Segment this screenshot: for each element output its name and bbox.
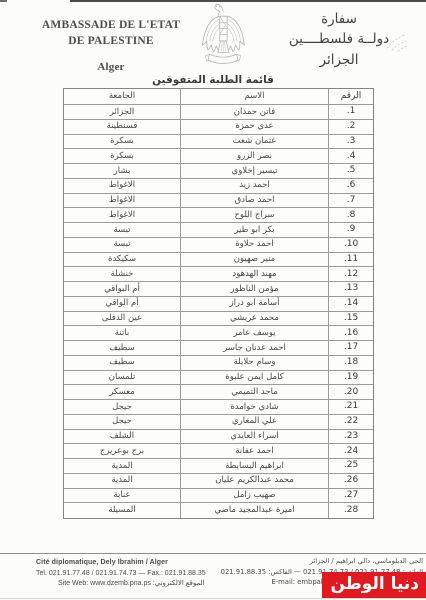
table-row: 6. احمد زيد الاغواط [64, 179, 373, 194]
row-number: 6. [328, 179, 373, 194]
row-university: المسيلة [64, 503, 180, 518]
row-number: 1. [328, 105, 373, 120]
students-table: الرقم الاسم الجامعة 1. فاتن حمدان الجزائ… [63, 88, 374, 519]
row-name: بكر ابو طير [180, 223, 328, 238]
row-number: 5. [328, 164, 373, 179]
row-number: 16. [328, 326, 373, 341]
row-number: 20. [328, 385, 373, 400]
table-row: 18. وسام حلايلة سطيف [64, 356, 373, 371]
row-number: 23. [328, 430, 373, 445]
table-row: 5. تيسير إخلاوي بشار [64, 164, 373, 179]
footer-address-ar: الحي الدبلوماسي، دالي ابراهيم / الجزائر [213, 556, 423, 567]
table-row: 25. ابراهيم البسايطة المدية [64, 459, 373, 474]
table-row: 20. ماجد التميمي معسكر [64, 385, 373, 400]
table-row: 14. أسامة ابو دراز أم الواقي [64, 297, 373, 312]
row-name: كامل ايمن علبوة [180, 371, 328, 386]
row-number: 10. [328, 238, 373, 253]
row-name: احمد عفانة [180, 444, 328, 459]
column-header-university: الجامعة [64, 89, 180, 105]
row-university: بشار [64, 164, 180, 179]
row-name: فاتن حمدان [180, 105, 328, 120]
table-row: 24. احمد عفانة برج بوعريرج [64, 444, 373, 459]
row-university: الشلف [64, 430, 180, 445]
row-name: وسام حلايلة [180, 356, 328, 371]
row-number: 4. [328, 149, 373, 164]
row-number: 22. [328, 415, 373, 430]
row-name: اسراء العايدي [180, 430, 328, 445]
row-university: خنشلة [64, 267, 180, 282]
table-row: 13. مؤمن الناظور أم البواقي [64, 282, 373, 297]
row-number: 28. [328, 503, 373, 518]
row-number: 13. [328, 282, 373, 297]
scan-top-edge [70, 0, 426, 2]
row-number: 15. [328, 312, 373, 327]
table-row: 26. محمد عبدالكريم عليان المدية [64, 474, 373, 489]
row-university: قسنطينة [64, 120, 180, 135]
table-row: 3. عثمان شعت بسكرة [64, 135, 373, 150]
table-row: 22. علي المغاري جيجل [64, 415, 373, 430]
embassy-name-french: AMBASSADE DE L'ETAT DE PALESTINE Alger [36, 17, 186, 76]
table-row: 21. شادي حوامدة جيجل [64, 400, 373, 415]
row-number: 12. [328, 267, 373, 282]
row-university: جيجل [64, 415, 180, 430]
table-row: 23. اسراء العايدي الشلف [64, 430, 373, 445]
table-row: 12. مهند الهدهود خنشلة [64, 267, 373, 282]
row-number: 24. [328, 444, 373, 459]
table-row: 27. صهيب زامل عنابة [64, 489, 373, 504]
row-name: سراج اللوح [180, 208, 328, 223]
row-university: الاغواط [64, 194, 180, 209]
row-name: مهند الهدهود [180, 267, 328, 282]
row-name: نصر الزرو [180, 149, 328, 164]
row-number: 3. [328, 135, 373, 150]
row-name: احمد عدنان جاسر [180, 341, 328, 356]
row-university: تبسة [64, 238, 180, 253]
scan-bottom-edge [0, 598, 426, 599]
row-university: الاغواط [64, 179, 180, 194]
table-row: 19. كامل ايمن علبوة تلمسان [64, 371, 373, 386]
embassy-fr-line1: AMBASSADE DE L'ETAT [36, 17, 186, 33]
table-row: 1. فاتن حمدان الجزائر [64, 105, 373, 120]
row-university: المدية [64, 474, 180, 489]
table-row: 11. منير صهيون سكيكدة [64, 253, 373, 268]
row-name: ابراهيم البسايطة [180, 459, 328, 474]
table-row: 7. احمد صادق الاغواط [64, 194, 373, 209]
row-university: الجزائر [64, 105, 180, 120]
row-university: معسكر [64, 385, 180, 400]
row-number: 27. [328, 489, 373, 504]
palestine-eagle-icon [198, 3, 248, 69]
column-header-name: الاسم [180, 89, 328, 105]
row-name: احمد حلاوة [180, 238, 328, 253]
row-university: سكيكدة [64, 253, 180, 268]
row-university: برج بوعريرج [64, 444, 180, 459]
embassy-fr-line2: DE PALESTINE [36, 33, 186, 49]
row-name: صهيب زامل [180, 489, 328, 504]
news-watermark: دنيا الوطن [322, 572, 426, 598]
row-university: باتنة [64, 326, 180, 341]
embassy-ar-line3: الجزائر [274, 50, 404, 70]
row-university: تبسة [64, 223, 180, 238]
page-title: قائمة الطلبة المتفوقين [0, 74, 426, 86]
row-university: المدية [64, 459, 180, 474]
table-row: 8. سراج اللوح الاغواط [64, 208, 373, 223]
table-row: 4. نصر الزرو بسكرة [64, 149, 373, 164]
row-number: 2. [328, 120, 373, 135]
row-university: تلمسان [64, 371, 180, 386]
row-name: ماجد التميمي [180, 385, 328, 400]
row-university: عين الدفلى [64, 312, 180, 327]
row-number: 21. [328, 400, 373, 415]
table-row: 10. احمد حلاوة تبسة [64, 238, 373, 253]
row-name: محمد عريشي [180, 312, 328, 327]
table-row: 2. عدي حمزة قسنطينة [64, 120, 373, 135]
table-body: 1. فاتن حمدان الجزائر 2. عدي حمزة قسنطين… [64, 105, 373, 518]
table-row: 9. بكر ابو طير تبسة [64, 223, 373, 238]
row-number: 18. [328, 356, 373, 371]
row-name: محمد عبدالكريم عليان [180, 474, 328, 489]
row-number: 7. [328, 194, 373, 209]
embassy-ar-line1: سفارة [274, 9, 404, 29]
row-name: عدي حمزة [180, 120, 328, 135]
table-row: 28. اميرة عبدالمجيد ماضي المسيلة [64, 503, 373, 518]
row-name: احمد زيد [180, 179, 328, 194]
table-row: 17. احمد عدنان جاسر سطيف [64, 341, 373, 356]
row-university: الاغواط [64, 208, 180, 223]
row-number: 19. [328, 371, 373, 386]
row-university: بسكرة [64, 135, 180, 150]
row-name: تيسير إخلاوي [180, 164, 328, 179]
row-name: احمد صادق [180, 194, 328, 209]
row-university: سطيف [64, 356, 180, 371]
document-page: AMBASSADE DE L'ETAT DE PALESTINE Alger [0, 0, 426, 600]
table-row: 15. محمد عريشي عين الدفلى [64, 312, 373, 327]
scan-top-corner-mark [0, 0, 7, 2]
row-name: أسامة ابو دراز [180, 297, 328, 312]
row-university: عنابة [64, 489, 180, 504]
embassy-ar-line2: دولــة فلسطــــين [274, 29, 404, 49]
row-name: منير صهيون [180, 253, 328, 268]
column-header-number: الرقم [328, 89, 373, 105]
row-university: بسكرة [64, 149, 180, 164]
row-name: عثمان شعت [180, 135, 328, 150]
embassy-name-arabic: سفارة دولــة فلسطــــين الجزائر [274, 9, 404, 70]
row-number: 11. [328, 253, 373, 268]
row-name: مؤمن الناظور [180, 282, 328, 297]
row-number: 14. [328, 297, 373, 312]
row-name: شادي حوامدة [180, 400, 328, 415]
row-name: علي المغاري [180, 415, 328, 430]
row-university: أم الواقي [64, 297, 180, 312]
row-number: 8. [328, 208, 373, 223]
table-header-row: الرقم الاسم الجامعة [64, 89, 373, 105]
row-number: 25. [328, 459, 373, 474]
row-university: سطيف [64, 341, 180, 356]
row-university: جيجل [64, 400, 180, 415]
row-university: أم البواقي [64, 282, 180, 297]
table-row: 16. يوسف عامر باتنة [64, 326, 373, 341]
row-number: 26. [328, 474, 373, 489]
row-number: 17. [328, 341, 373, 356]
row-name: اميرة عبدالمجيد ماضي [180, 503, 328, 518]
row-name: يوسف عامر [180, 326, 328, 341]
row-number: 9. [328, 223, 373, 238]
footer-divider [0, 553, 426, 554]
